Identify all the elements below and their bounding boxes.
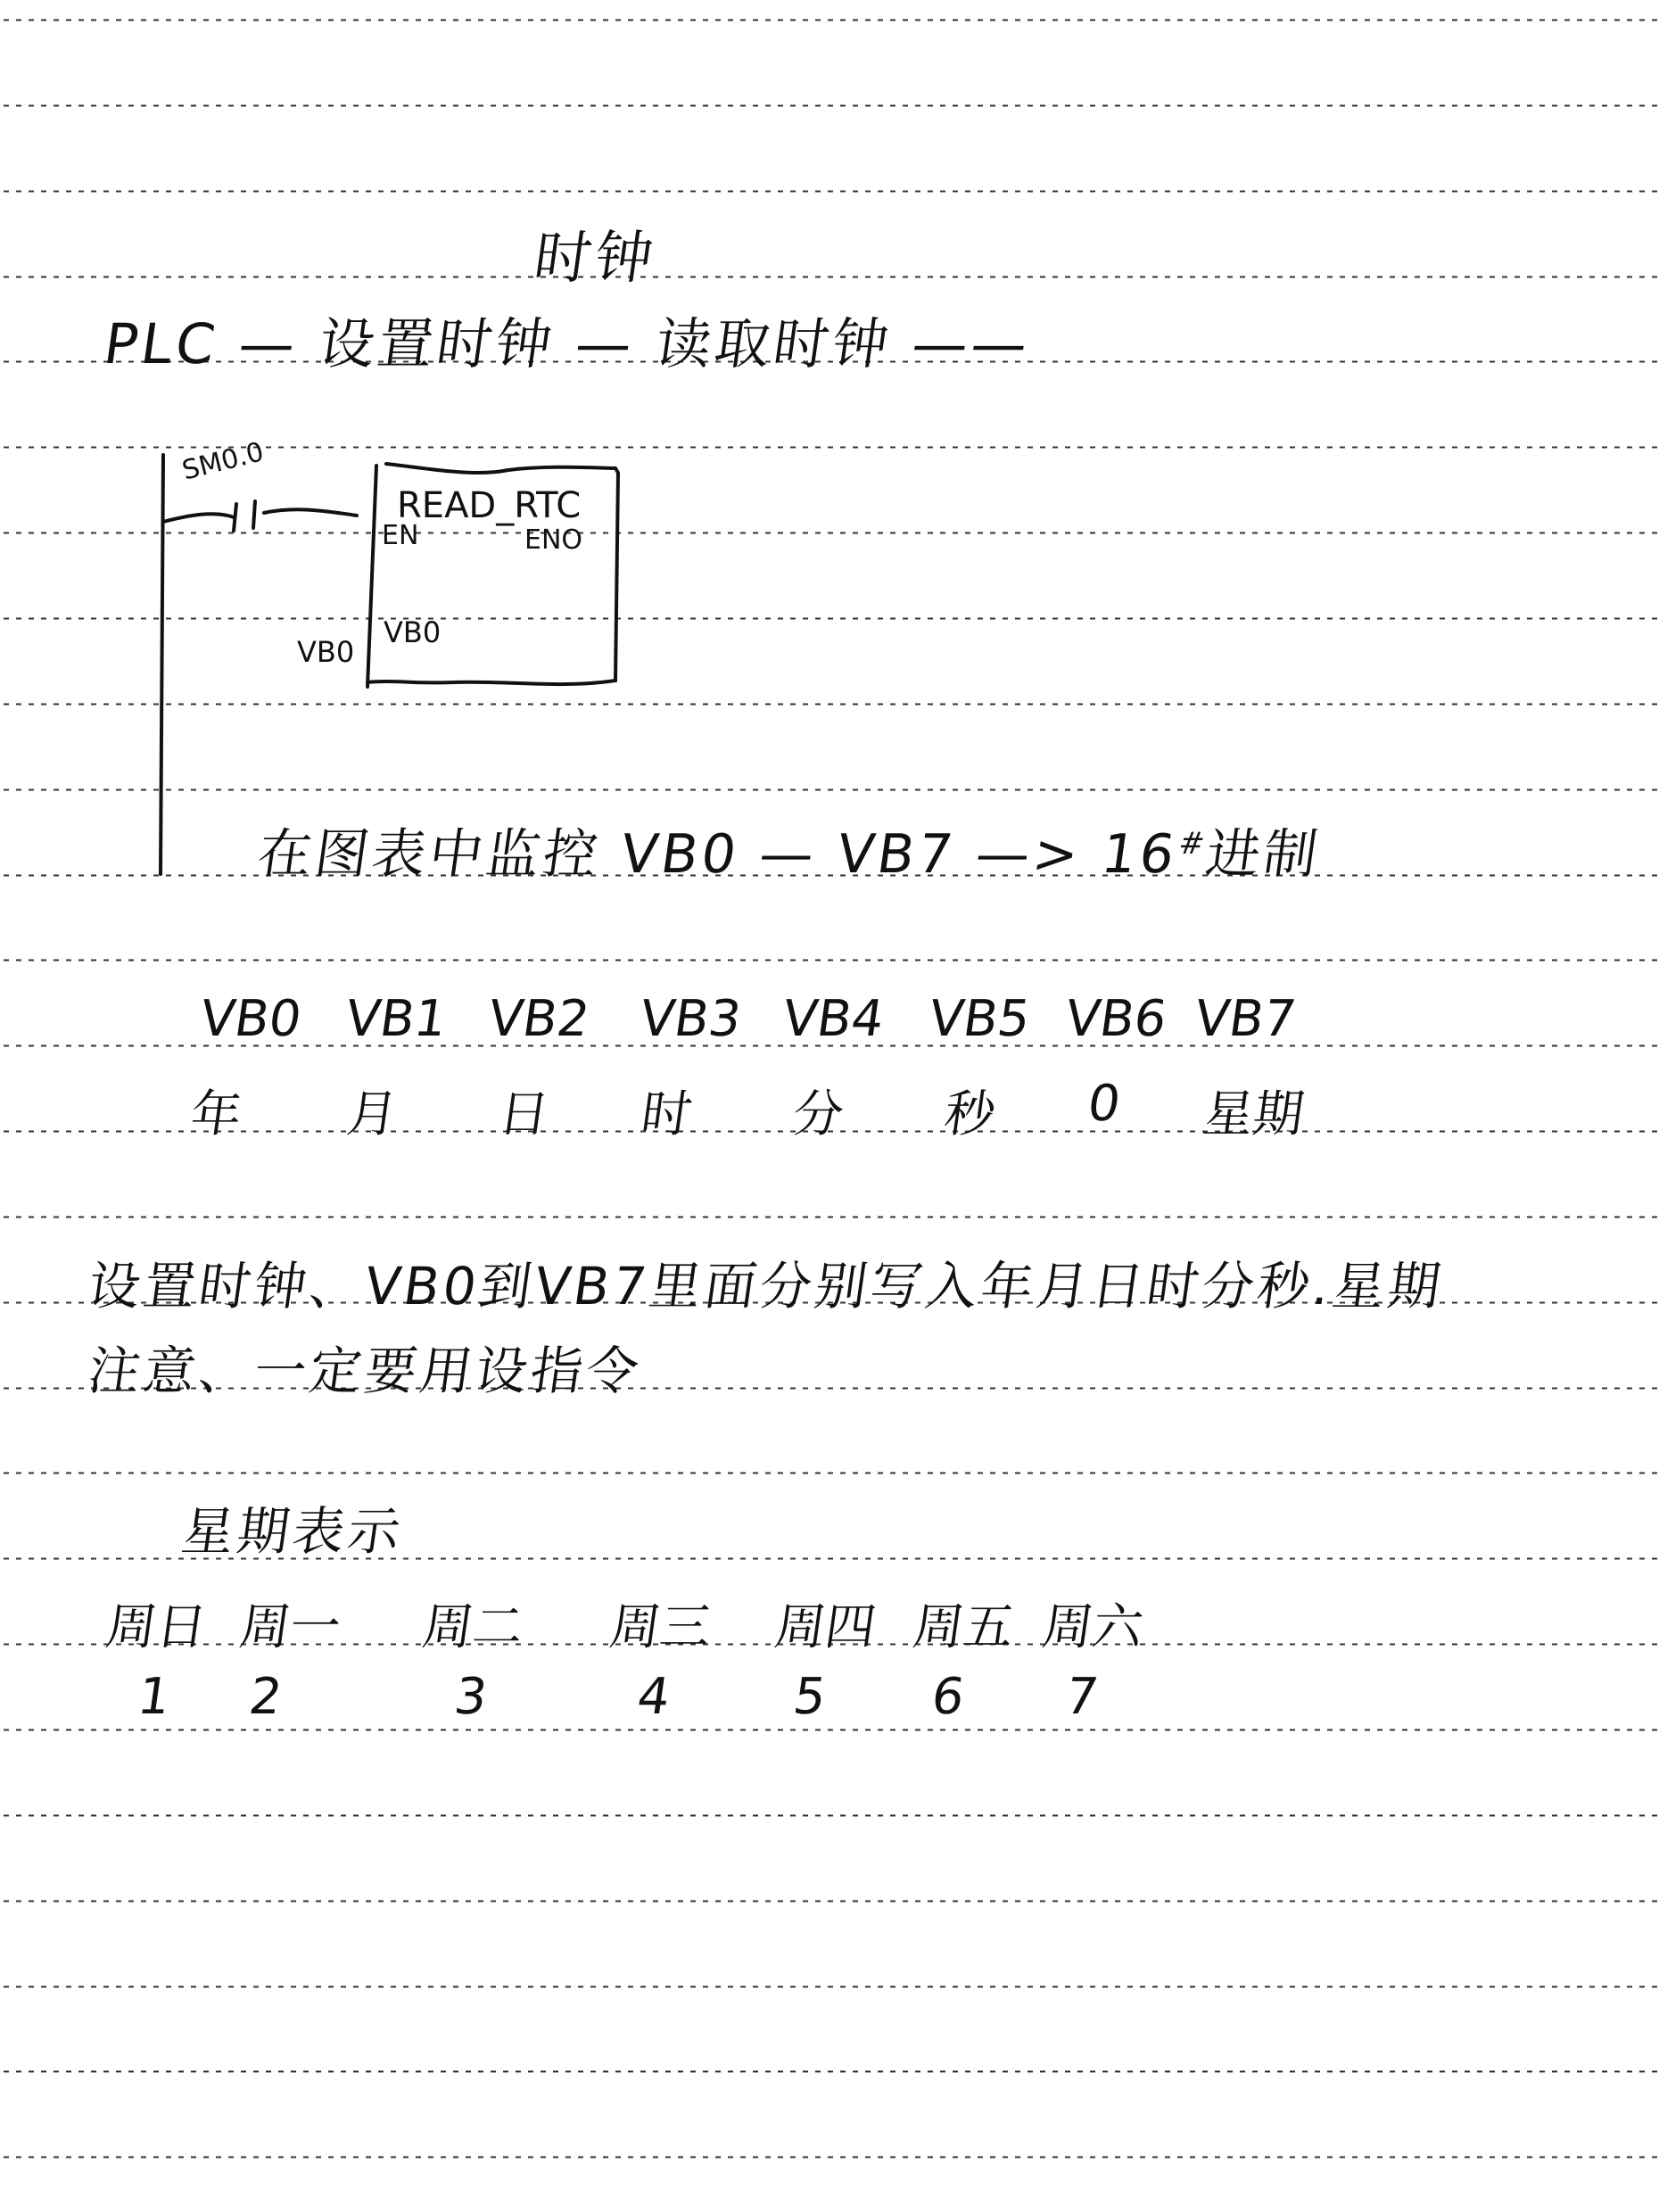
weekday-cell: 周二 <box>418 1588 528 1659</box>
pin-t: VB0 <box>384 615 441 649</box>
set-clock-note: 设置时钟、VB0到VB7里面分别写入年月日时分秒.星期 <box>84 1244 1449 1319</box>
weekday-cell: 周一 <box>235 1588 345 1659</box>
address-cell: VB2 <box>484 990 592 1048</box>
byte-meaning-row: 年 月 日 时 分 秒 0 星期 <box>187 1075 1347 1146</box>
meaning-cell: 年 <box>186 1075 246 1146</box>
address-cell: VB3 <box>636 990 744 1048</box>
rung-left-wire <box>163 514 234 522</box>
meaning-cell: 月 <box>343 1075 402 1146</box>
address-cell: VB6 <box>1061 990 1169 1048</box>
weekday-code: 5 <box>789 1668 829 1726</box>
flow-line: PLC — 设置时钟 — 读取时钟 —— <box>100 300 1036 379</box>
contact-label: SM0.0 <box>179 436 267 486</box>
contact-right-bar <box>253 501 255 528</box>
monitor-note-suffix: 进制 <box>1202 823 1325 886</box>
weekday-heading: 星期表示 <box>177 1490 409 1564</box>
weekday-cell: 周日 <box>102 1588 211 1659</box>
weekday-code: 6 <box>928 1668 968 1726</box>
meaning-cell: 分 <box>788 1075 848 1146</box>
weekday-cell: 周四 <box>771 1588 880 1659</box>
weekday-cell: 周五 <box>909 1588 1019 1659</box>
pin-en: EN <box>382 520 418 551</box>
meaning-cell: 星期 <box>1199 1075 1308 1146</box>
meaning-cell: 时 <box>637 1075 697 1146</box>
weekday-code-row: 1 2 3 4 5 6 7 <box>98 1668 1258 1739</box>
contact-left-bar <box>234 504 236 531</box>
weekday-code: 4 <box>633 1668 673 1726</box>
operand-label: VB0 <box>297 635 354 669</box>
monitor-note: 在图表中监控 VB0 — VB7 —> 16#进制 <box>253 812 1326 888</box>
weekday-code: 2 <box>245 1668 285 1726</box>
rung-right-wire <box>264 509 357 516</box>
byte-address-row: VB0 VB1 VB2 VB3 VB4 VB5 VB6 VB7 <box>187 990 1347 1061</box>
address-cell: VB4 <box>779 990 887 1048</box>
weekday-code: 3 <box>450 1668 491 1726</box>
page-title: 时钟 <box>530 212 663 294</box>
power-rail <box>161 455 163 874</box>
meaning-cell: 日 <box>494 1075 554 1146</box>
weekday-name-row: 周日 周一 周二 周三 周四 周五 周六 <box>98 1588 1258 1659</box>
weekday-cell: 周三 <box>606 1588 715 1659</box>
meaning-cell: 秒 <box>940 1075 1000 1146</box>
address-cell: VB5 <box>925 990 1033 1048</box>
address-cell: VB1 <box>342 990 450 1048</box>
pin-eno: ENO <box>524 524 582 556</box>
weekday-code: 7 <box>1061 1668 1102 1726</box>
weekday-cell: 周六 <box>1038 1588 1148 1659</box>
monitor-note-prefix: 在图表中监控 VB0 — VB7 —> 16 <box>253 823 1182 886</box>
caution-note: 注意、一定要用设指令 <box>84 1329 648 1404</box>
block-name: READ_RTC <box>397 485 581 526</box>
weekday-code: 1 <box>134 1668 174 1726</box>
address-cell: VB7 <box>1191 990 1299 1048</box>
address-cell: VB0 <box>196 990 304 1048</box>
meaning-cell: 0 <box>1084 1075 1124 1133</box>
